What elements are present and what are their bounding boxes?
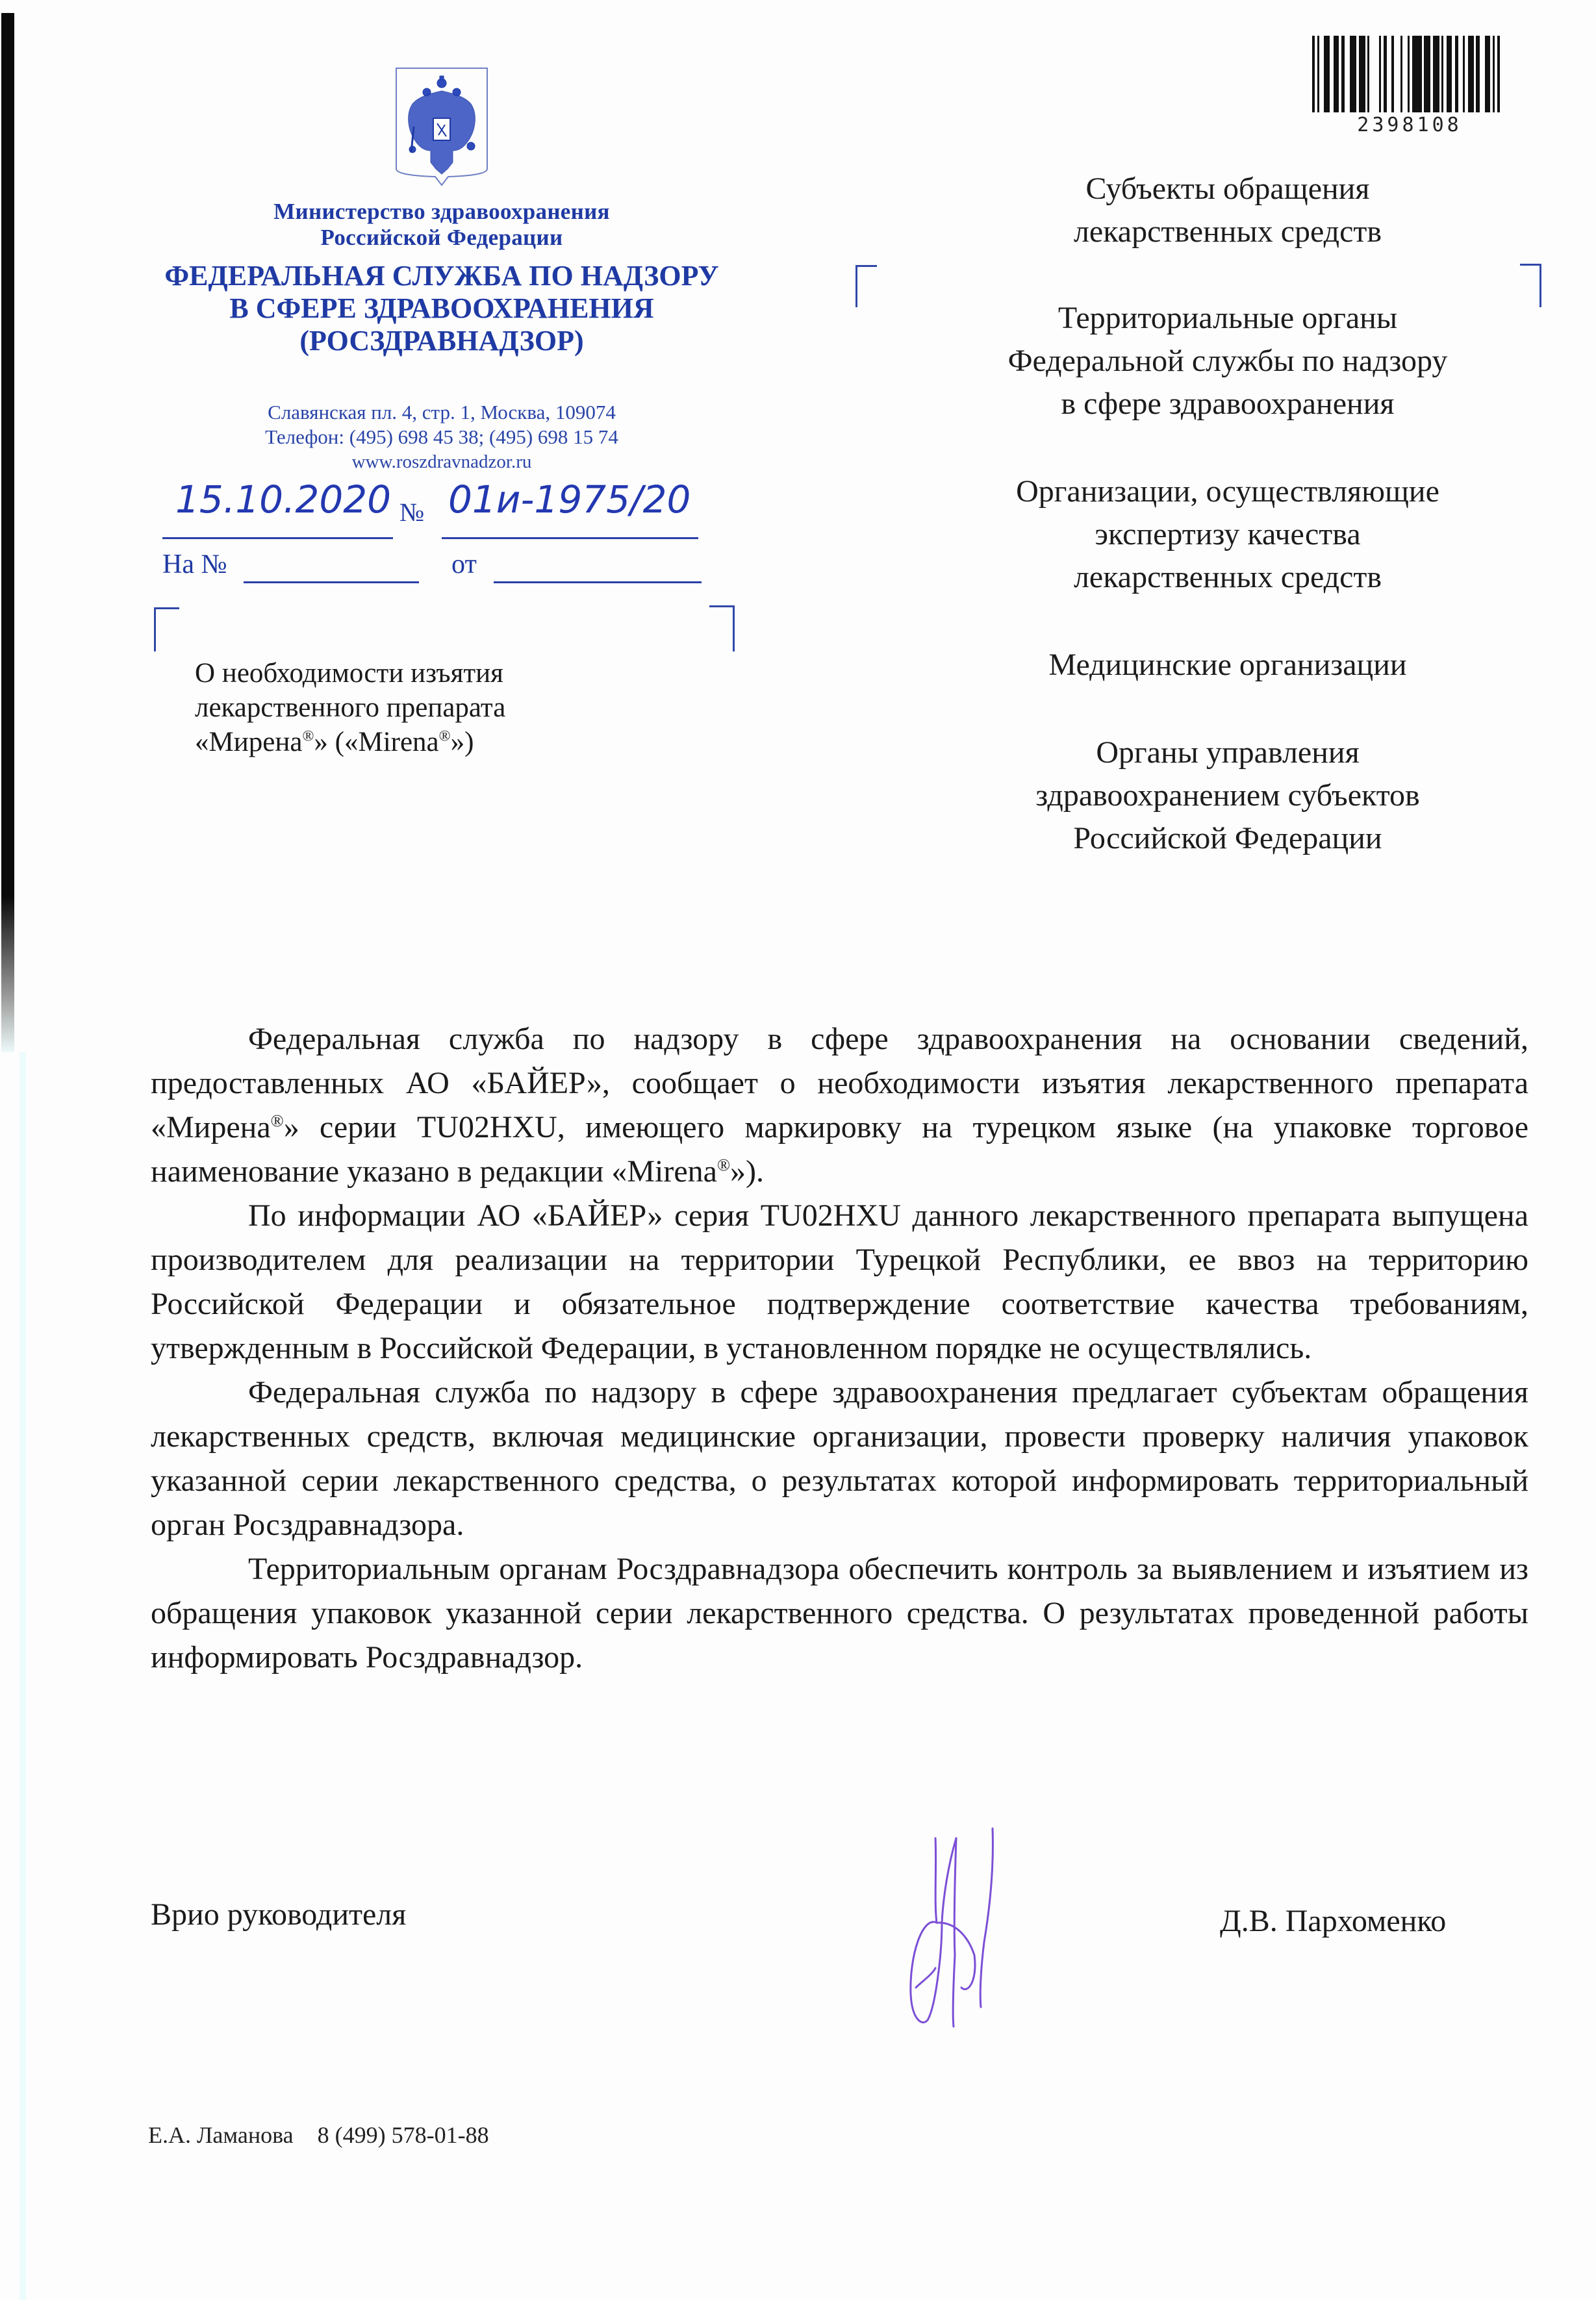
- letter-body: Федеральная служба по надзору в сфере зд…: [151, 1017, 1528, 1680]
- scan-edge-shadow: [1, 13, 14, 1052]
- in-reply-label: На №: [162, 549, 227, 580]
- barcode-number: 2398108: [1335, 114, 1484, 136]
- addressee-item: Субъекты обращения лекарственных средств: [896, 168, 1559, 253]
- body-paragraph-1: Федеральная служба по надзору в сфере зд…: [151, 1017, 1528, 1194]
- subject-line2: лекарственного препарата: [195, 690, 505, 725]
- subject-line1: О необходимости изъятия: [195, 656, 505, 690]
- scan-edge-fade: [19, 1052, 26, 2300]
- subject-bracket-right: [709, 605, 735, 651]
- registration-number: 01и-1975/20: [448, 477, 690, 522]
- addressee-item: Органы управления здравоохранением субъе…: [896, 731, 1559, 860]
- in-reply-date-field: [494, 581, 702, 583]
- subject-line3: «Мирена®» («Mirena®»): [195, 725, 505, 759]
- in-reply-number-field: [244, 581, 419, 583]
- executor-phone: 8 (499) 578-01-88: [318, 2122, 489, 2148]
- body-paragraph-4: Территориальным органам Росздравнадзора …: [151, 1547, 1528, 1680]
- coat-of-arms-icon: [393, 65, 490, 188]
- addressee-item: Медицинские организации: [896, 644, 1559, 687]
- signatory-title: Врио руководителя: [151, 1897, 406, 1932]
- number-underline: [442, 537, 698, 539]
- from-label: от: [451, 549, 477, 580]
- letter-subject: О необходимости изъятия лекарственного п…: [195, 656, 505, 759]
- number-sign: №: [399, 497, 424, 527]
- in-reply-line: На № от: [162, 549, 747, 588]
- ministry-name-line2: Российской Федерации: [130, 225, 754, 251]
- body-paragraph-2: По информации АО «БАЙЕР» серия TU02HXU д…: [151, 1194, 1528, 1371]
- signatory-name: Д.В. Пархоменко: [1220, 1903, 1446, 1939]
- barcode-icon: [1312, 36, 1504, 112]
- handwritten-signature-icon: [896, 1825, 1052, 2046]
- date-underline: [162, 537, 393, 539]
- executor-contact: Е.А. Ламанова 8 (499) 578-01-88: [148, 2121, 489, 2149]
- ministry-name-line1: Министерство здравоохранения: [130, 199, 754, 225]
- addressee-item: Организации, осуществляющие экспертизу к…: [896, 470, 1559, 599]
- letterhead-address: Славянская пл. 4, стр. 1, Москва, 109074: [130, 400, 754, 425]
- executor-name: Е.А. Ламанова: [148, 2122, 294, 2148]
- service-name-line2: В СФЕРЕ ЗДРАВООХРАНЕНИЯ: [130, 292, 754, 325]
- letterhead-website: www.roszdravnadzor.ru: [130, 449, 754, 474]
- letterhead-phone: Телефон: (495) 698 45 38; (495) 698 15 7…: [130, 425, 754, 449]
- registration-date: 15.10.2020: [175, 477, 391, 522]
- letterhead: Министерство здравоохранения Российской …: [130, 65, 754, 474]
- addressee-item: Территориальные органы Федеральной служб…: [896, 297, 1559, 425]
- service-name-line3: (РОСЗДРАВНАДЗОР): [130, 325, 754, 357]
- addressee-bracket-left: [855, 265, 877, 307]
- addressee-list: Субъекты обращения лекарственных средств…: [896, 168, 1559, 905]
- body-paragraph-3: Федеральная служба по надзору в сфере зд…: [151, 1371, 1528, 1547]
- registration-line: 15.10.2020 № 01и-1975/20: [162, 477, 747, 555]
- service-name-line1: ФЕДЕРАЛЬНАЯ СЛУЖБА ПО НАДЗОРУ: [130, 260, 754, 292]
- subject-bracket-left: [154, 607, 179, 651]
